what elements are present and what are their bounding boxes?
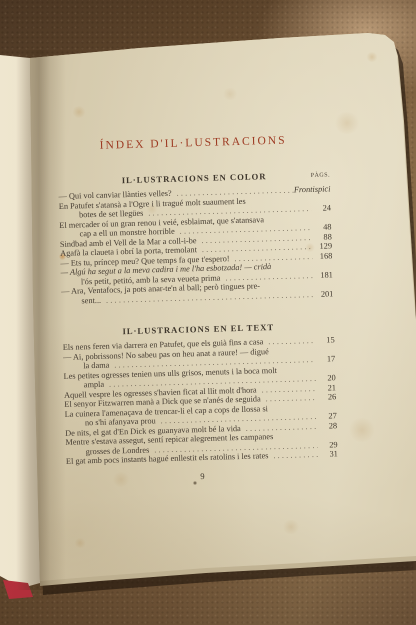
entry-page-number: 24 [311,203,331,213]
entry-page-number: 28 [317,421,337,431]
entry-page-number: 20 [316,373,336,383]
entry-page-number: 168 [312,251,332,261]
entry-page-number: 26 [316,392,336,402]
book-photo-scene: ÍNDEX D'IL·LUSTRACIONS IL·LUSTRACIONS EN… [0,0,416,625]
entry-page-number: 181 [313,270,333,280]
entry-page-number: 17 [315,354,335,364]
entry-text: ampla [64,380,105,390]
entry-page-number: 27 [317,411,337,421]
entry-page-number: Frontispici [294,184,331,194]
entry-page-number: 48 [311,222,331,232]
entry-text: sent... [61,295,101,305]
toc-sections: IL·LUSTRACIONS EN COLORPàgs.— Qui vol ca… [58,164,338,466]
index-text-block: ÍNDEX D'IL·LUSTRACIONS IL·LUSTRACIONS EN… [57,133,338,484]
toc-entry-list: Els nens feren via darrera en Patufet, q… [63,335,338,466]
section-heading: IL·LUSTRACIONS EN EL TEXT [122,322,274,336]
page-column-label: Pàgs. [311,172,331,179]
leader-dots: ........................................… [263,336,315,346]
entry-page-number: 21 [316,383,336,393]
entry-page-number: 31 [318,449,338,459]
entry-page-number: 15 [315,335,335,345]
leader-dots: ........................................… [261,393,317,404]
entry-page-number: 88 [312,232,332,242]
toc-entry-list: — Qui vol canviar llànties velles?......… [58,184,333,306]
leader-dots: ........................................… [268,450,318,460]
section-heading: IL·LUSTRACIONS EN COLOR [122,171,267,185]
section-heading-row: IL·LUSTRACIONS EN COLORPàgs. [58,164,330,182]
entry-page-number: 129 [312,241,332,251]
entry-page-number: 201 [313,289,333,299]
section-heading-row: IL·LUSTRACIONS EN EL TEXT [62,315,334,333]
entry-page-number: 29 [317,440,337,450]
